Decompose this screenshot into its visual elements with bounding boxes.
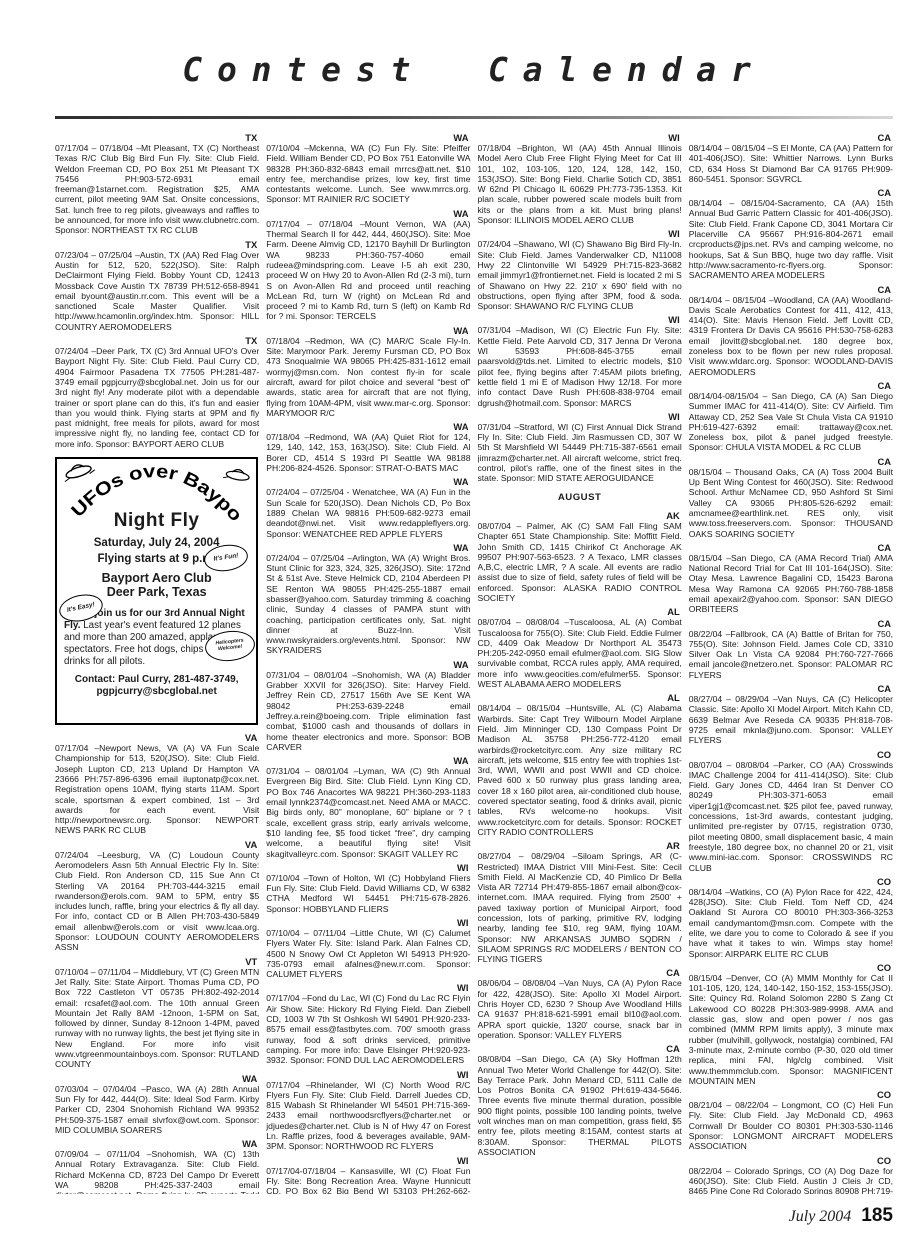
- ad-club-name: Bayport Aero Club: [64, 571, 249, 586]
- calendar-entry: 07/17/04-07/18/04 – Kansasville, WI (C) …: [266, 1166, 470, 1194]
- state-heading: WA: [266, 542, 470, 553]
- calendar-entry: 07/17/04 –Rhinelander, WI (C) North Wood…: [266, 1080, 470, 1152]
- state-heading: VA: [55, 732, 259, 743]
- state-heading: WA: [55, 1138, 259, 1149]
- state-heading: TX: [55, 335, 259, 346]
- state-heading: WI: [266, 982, 470, 993]
- calendar-entry: 07/24/04 – 07/25/04 –Arlington, WA (A) W…: [266, 553, 470, 656]
- state-heading: TX: [55, 132, 259, 143]
- calendar-entry: 07/03/04 – 07/04/04 –Pasco, WA (A) 28th …: [55, 1084, 259, 1135]
- state-heading: CA: [689, 132, 893, 143]
- state-heading: WI: [266, 1155, 470, 1166]
- state-heading: AL: [478, 692, 682, 703]
- calendar-entry: 07/24/04 –Deer Park, TX (C) 3rd Annual U…: [55, 346, 259, 449]
- calendar-entry: 08/15/04 –San Diego, CA (AMA Record Tria…: [689, 553, 893, 615]
- state-heading: WI: [478, 314, 682, 325]
- masthead-divider: [55, 116, 893, 119]
- calendar-entry: 07/31/04 –Stratford, WI (C) First Annual…: [478, 422, 682, 484]
- calendar-entry: 07/10/04 –Town of Holton, WI (C) Hobbyla…: [266, 873, 470, 914]
- calendar-entry: 08/07/04 – Palmer, AK (C) SAM Fall Fling…: [478, 521, 682, 603]
- page-footer: July 2004185: [789, 1205, 893, 1227]
- month-section-heading: AUGUST: [478, 493, 682, 503]
- calendar-entry: 07/23/04 – 07/25/04 –Austin, TX (AA) Red…: [55, 250, 259, 332]
- calendar-entry: 07/31/04 –Madison, WI (C) Electric Fun F…: [478, 325, 682, 407]
- calendar-entry: 08/21/04 – 08/22/04 – Longmont, CO (C) H…: [689, 1100, 893, 1151]
- state-heading: CA: [689, 618, 893, 629]
- calendar-entry: 07/17/04 – 07/18/04 –Mt Pleasant, TX (C)…: [55, 143, 259, 236]
- state-heading: WI: [478, 228, 682, 239]
- state-heading: CA: [689, 380, 893, 391]
- calendar-entry: 08/08/04 –San Diego, CA (A) Sky Hoffman …: [478, 1054, 682, 1157]
- calendar-entry: 07/17/04 – 07/18/04 –Mount Vernon, WA (A…: [266, 219, 470, 322]
- ad-contact-phone: Contact: Paul Curry, 281-487-3749,: [64, 674, 249, 686]
- page-title: Contest Calendar: [55, 50, 893, 89]
- calendar-entry: 07/09/04 – 07/11/04 –Snohomish, WA (C) 1…: [55, 1149, 259, 1194]
- column-4: CA08/14/04 – 08/15/04 –S El Monte, CA (A…: [689, 132, 893, 1194]
- state-heading: WA: [266, 325, 470, 336]
- calendar-entry: 08/27/04 – 08/29/04 –Van Nuys, CA (C) He…: [689, 694, 893, 745]
- state-heading: CO: [689, 1155, 893, 1166]
- state-heading: WI: [266, 1069, 470, 1080]
- calendar-entry: 08/22/04 – Colorado Springs, CO (A) Dog …: [689, 1166, 893, 1194]
- calendar-entry: 07/17/04 –Newport News, VA (A) VA Fun Sc…: [55, 743, 259, 836]
- state-heading: CA: [689, 683, 893, 694]
- calendar-entry: 08/14/04 – 08/15/04 –S El Monte, CA (AA)…: [689, 143, 893, 184]
- calendar-entry: 08/22/04 –Fallbrook, CA (A) Battle of Br…: [689, 629, 893, 680]
- calendar-entry: 08/14/04 – 08/15/04 –Huntsville, AL (C) …: [478, 703, 682, 837]
- state-heading: CA: [689, 284, 893, 295]
- calendar-entry: 07/10/04 – 07/11/04 – Middlebury, VT (C)…: [55, 967, 259, 1070]
- calendar-entry: 07/18/04 –Redmon, WA (C) MAR/C Scale Fly…: [266, 336, 470, 418]
- state-heading: VA: [55, 839, 259, 850]
- calendar-entry: 07/24/04 –Shawano, WI (C) Shawano Big Bi…: [478, 239, 682, 311]
- page-number: 185: [861, 1205, 893, 1226]
- calendar-entry: 08/27/04 – 08/29/04 –Siloam Springs, AR …: [478, 851, 682, 964]
- calendar-entry: 08/07/04 – 08/08/04 –Parker, CO (AA) Cro…: [689, 760, 893, 873]
- state-heading: WA: [266, 208, 470, 219]
- state-heading: CO: [689, 749, 893, 760]
- state-heading: CO: [689, 876, 893, 887]
- calendar-entry: 08/15/04 – Thousand Oaks, CA (A) Toss 20…: [689, 467, 893, 539]
- calendar-entry: 08/14/04 –Watkins, CO (A) Pylon Race for…: [689, 887, 893, 959]
- calendar-entry: 08/06/04 – 08/08/04 –Van Nuys, CA (A) Py…: [478, 978, 682, 1040]
- state-heading: AL: [478, 606, 682, 617]
- calendar-entry: 08/14/04 – 08/15/04-Sacramento, CA (AA) …: [689, 198, 893, 280]
- state-heading: CA: [478, 967, 682, 978]
- state-heading: VT: [55, 956, 259, 967]
- column-1: TX07/17/04 – 07/18/04 –Mt Pleasant, TX (…: [55, 132, 259, 1194]
- calendar-entry: 08/14/04-08/15/04 – San Diego, CA (A) Sa…: [689, 391, 893, 453]
- state-heading: WA: [55, 1073, 259, 1084]
- state-heading: CO: [689, 1089, 893, 1100]
- state-heading: WI: [478, 411, 682, 422]
- magazine-page: Contest Calendar TX07/17/04 – 07/18/04 –…: [0, 0, 916, 1245]
- state-heading: WA: [266, 132, 470, 143]
- state-heading: CA: [478, 1043, 682, 1054]
- state-heading: TX: [55, 239, 259, 250]
- calendar-entry: 07/18/04 –Brighton, WI (AA) 45th Annual …: [478, 143, 682, 225]
- state-heading: CA: [689, 542, 893, 553]
- calendar-entry: 08/14/04 – 08/15/04 –Woodland, CA (AA) W…: [689, 295, 893, 377]
- state-heading: CA: [689, 187, 893, 198]
- calendar-columns: TX07/17/04 – 07/18/04 –Mt Pleasant, TX (…: [55, 132, 893, 1194]
- calendar-entry: 07/24/04 –Leesburg, VA (C) Loudoun Count…: [55, 850, 259, 953]
- column-2: WA07/10/04 –Mckenna, WA (C) Fun Fly. Sit…: [266, 132, 470, 1194]
- calendar-entry: 07/31/04 – 08/01/04 –Snohomish, WA (A) B…: [266, 670, 470, 752]
- calendar-entry: 07/17/04 –Fond du Lac, WI (C) Fond du La…: [266, 993, 470, 1065]
- state-heading: AK: [478, 510, 682, 521]
- state-heading: WI: [266, 917, 470, 928]
- state-heading: WA: [266, 476, 470, 487]
- ufo-night-fly-ad: UFOs over Bayport Night Fly It's Fun! Sa…: [55, 457, 258, 725]
- state-heading: WA: [266, 755, 470, 766]
- state-heading: WA: [266, 421, 470, 432]
- calendar-entry: 07/24/04 – 07/25/04 - Wenatchee, WA (A) …: [266, 487, 470, 538]
- state-heading: CO: [689, 962, 893, 973]
- calendar-entry: 07/10/04 – 07/11/04 –Little Chute, WI (C…: [266, 928, 470, 979]
- state-heading: WA: [266, 659, 470, 670]
- column-3: WI07/18/04 –Brighton, WI (AA) 45th Annua…: [478, 132, 682, 1194]
- issue-date: July 2004: [789, 1208, 852, 1225]
- calendar-entry: 07/10/04 –Mckenna, WA (C) Fun Fly. Site:…: [266, 143, 470, 205]
- calendar-entry: 08/15/04 –Denver, CO (A) MMM Monthly for…: [689, 973, 893, 1086]
- calendar-entry: 07/31/04 – 08/01/04 –Lyman, WA (C) 9th A…: [266, 766, 470, 859]
- state-heading: WI: [266, 862, 470, 873]
- calendar-entry: 08/07/04 – 08/08/04 –Tuscaloosa, AL (A) …: [478, 617, 682, 689]
- state-heading: WI: [478, 132, 682, 143]
- calendar-entry: 07/18/04 –Redmond, WA (AA) Quiet Riot fo…: [266, 432, 470, 473]
- state-heading: CA: [689, 456, 893, 467]
- ad-contact-email: pgpjcurry@sbcglobal.net: [64, 686, 249, 698]
- state-heading: AR: [478, 840, 682, 851]
